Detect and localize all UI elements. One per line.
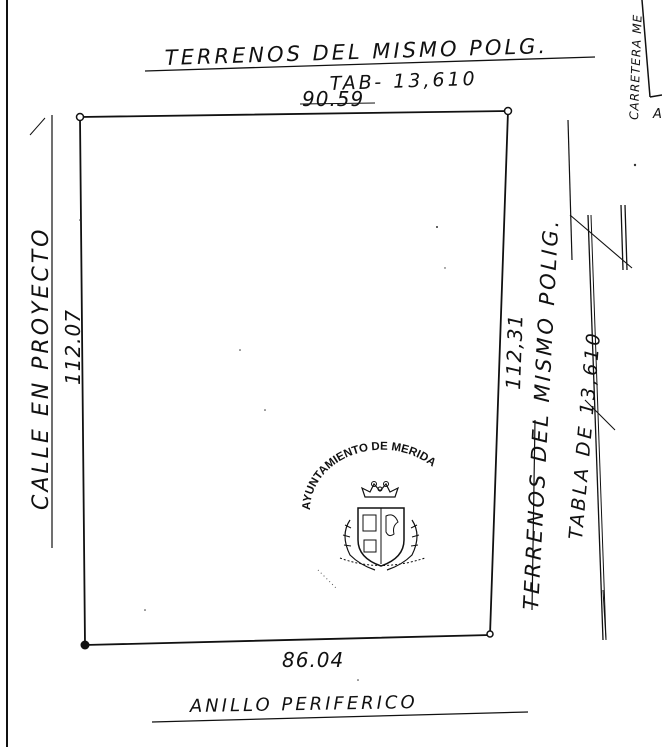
lot-boundary xyxy=(80,111,508,645)
seal-text: AYUNTAMIENTO DE MERIDA xyxy=(301,441,438,511)
south-label: ANILLO PERIFERICO xyxy=(189,692,418,717)
corner-note-label: CARRETERA ME xyxy=(627,14,645,120)
east-dimension: 112,31 xyxy=(501,313,528,390)
corner-marker-nw xyxy=(77,114,84,121)
east-label-underline xyxy=(568,120,572,260)
corner-note-line-2 xyxy=(650,95,662,97)
west-dimension: 112.07 xyxy=(61,309,85,385)
east-road-line-4 xyxy=(625,205,627,270)
corner-note-fragment: A xyxy=(652,107,662,122)
municipal-seal: AYUNTAMIENTO DE MERIDA xyxy=(301,441,450,588)
east-label: TERRENOS DEL MISMO POLIG. xyxy=(519,217,564,610)
west-tick xyxy=(30,118,45,135)
south-dimension: 86.04 xyxy=(282,648,344,672)
west-label: CALLE EN PROYECTO xyxy=(29,227,54,511)
survey-plat: TERRENOS DEL MISMO POLG. TAB- 13,610 90.… xyxy=(0,0,662,747)
corner-marker-ne xyxy=(505,108,512,115)
corner-marker-se xyxy=(487,631,493,637)
corner-marker-sw xyxy=(81,641,90,650)
north-dimension: 90.59 xyxy=(302,87,364,111)
